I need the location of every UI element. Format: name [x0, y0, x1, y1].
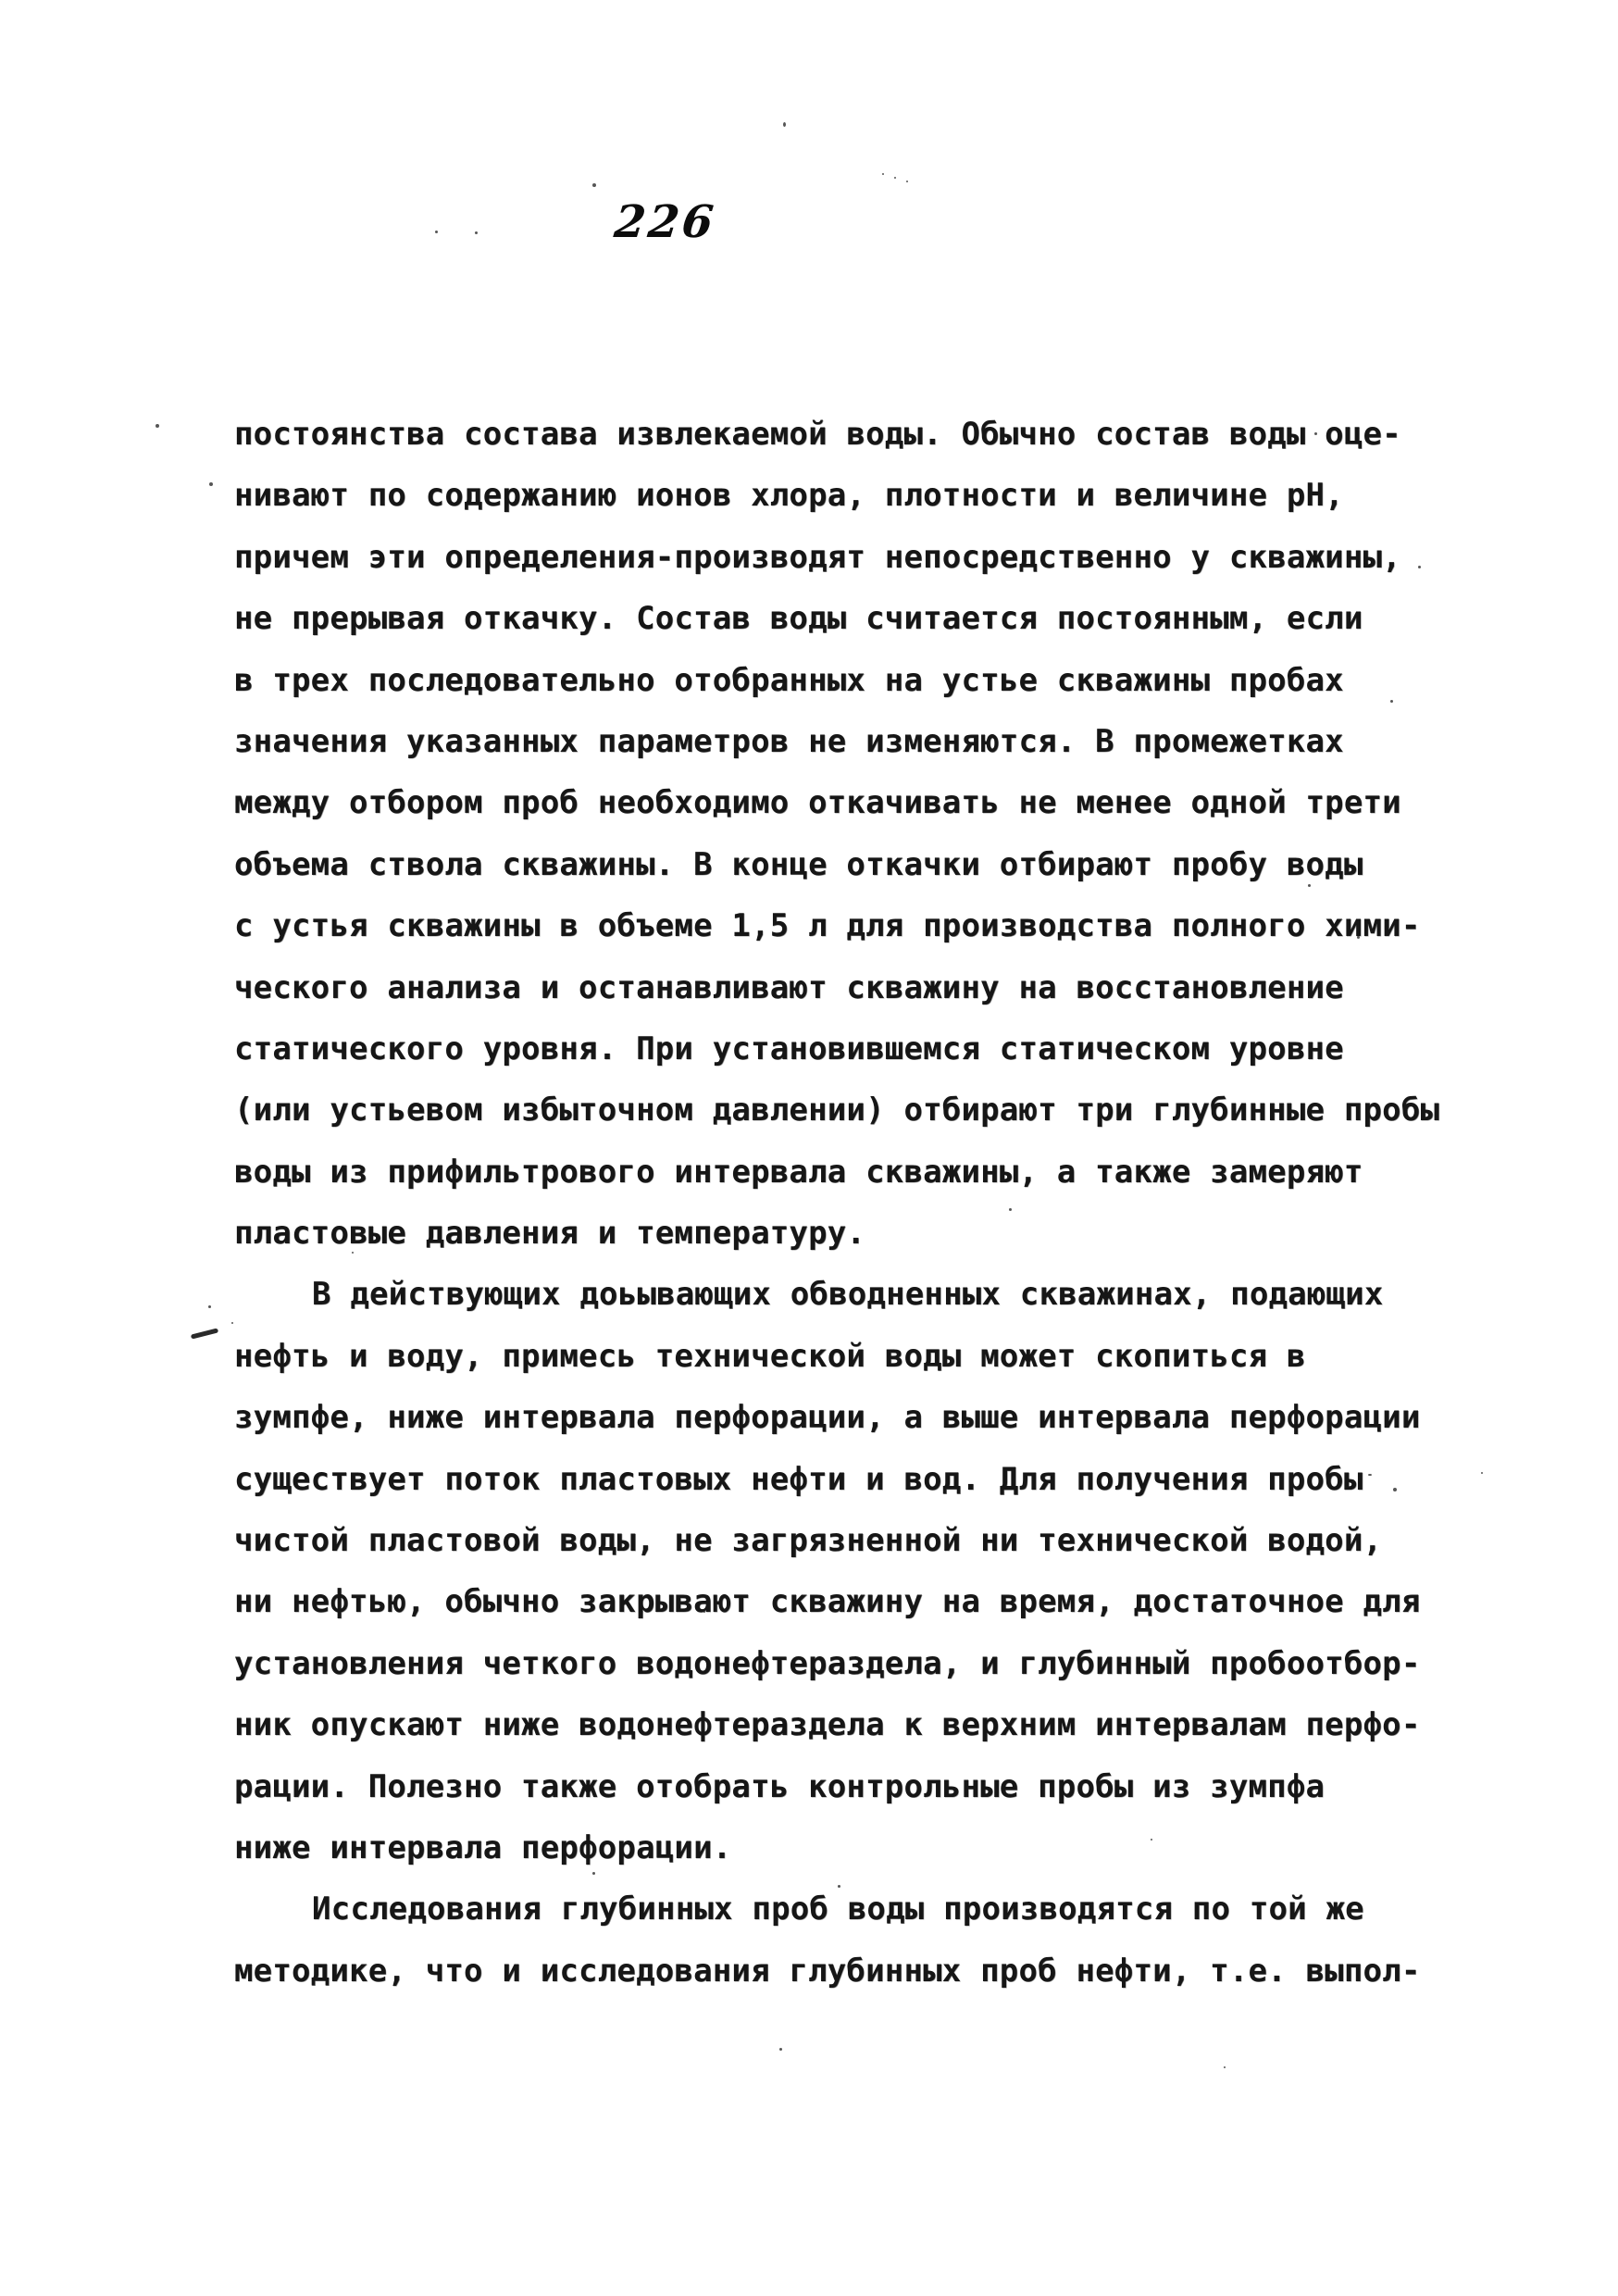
text-line: пластовые давления и температуру.	[234, 1203, 1456, 1264]
scan-speckle	[352, 1252, 354, 1254]
scan-speckle	[1314, 432, 1317, 435]
text-line: рации. Полезно также отобрать контрольны…	[234, 1756, 1456, 1817]
text-line: причем эти определения-производят непоср…	[234, 527, 1456, 588]
scan-speckle	[838, 1885, 840, 1888]
scan-speckle	[592, 183, 596, 187]
text-line: в трех последовательно отобранных на уст…	[234, 650, 1456, 711]
scan-speckle	[894, 177, 896, 179]
scan-speckle	[1357, 936, 1360, 939]
text-line: существует поток пластовых нефти и вод. …	[234, 1449, 1456, 1510]
scan-speckle	[231, 1322, 233, 1324]
text-line: статического уровня. При установившемся …	[234, 1018, 1456, 1079]
scanned-document-page: 226 постоянства состава извлекаемой воды…	[0, 0, 1618, 2296]
scan-speckle	[1224, 2066, 1226, 2068]
text-line: не прерывая откачку. Состав воды считает…	[234, 588, 1456, 649]
scan-speckle	[1009, 1208, 1012, 1211]
text-line: ческого анализа и останавливают скважину…	[234, 957, 1456, 1018]
scan-speckle	[1390, 700, 1393, 703]
scan-speckle	[1393, 1488, 1397, 1491]
page-number: 226	[612, 196, 718, 248]
scan-speckle	[783, 122, 786, 127]
text-line: ник опускают ниже водонефтераздела к вер…	[234, 1694, 1456, 1755]
scan-speckle	[1368, 1474, 1372, 1476]
text-line: Исследования глубинных проб воды произво…	[234, 1878, 1456, 1940]
scan-speckle	[592, 1872, 595, 1875]
text-line: ни нефтью, обычно закрывают скважину на …	[234, 1571, 1456, 1632]
text-line: (или устьевом избыточном давлении) отбир…	[234, 1079, 1456, 1141]
text-line: установления четкого водонефтераздела, и…	[234, 1633, 1456, 1694]
text-line: воды из прифильтрового интервала скважин…	[234, 1142, 1456, 1203]
text-line: ниже интервала перфорации.	[234, 1817, 1456, 1878]
scan-speckle	[475, 231, 478, 234]
text-line: чистой пластовой воды, не загрязненной н…	[234, 1510, 1456, 1571]
scan-speckle	[779, 2048, 782, 2051]
text-line: нивают по содержанию ионов хлора, плотно…	[234, 465, 1456, 526]
text-line: В действующих доьывающих обводненных скв…	[234, 1264, 1456, 1325]
scan-speckle	[435, 231, 438, 233]
scan-speckle	[1151, 1839, 1152, 1841]
scan-speckle	[1481, 1472, 1483, 1474]
scan-speckle	[156, 424, 159, 428]
scan-speckle	[1418, 566, 1421, 568]
text-line: постоянства состава извлекаемой воды. Об…	[234, 404, 1456, 465]
scan-speckle	[1351, 1479, 1354, 1482]
pencil-mark	[191, 1328, 218, 1339]
text-line: методике, что и исследования глубинных п…	[234, 1940, 1456, 2002]
text-line: нефть и воду, примесь технической воды м…	[234, 1326, 1456, 1387]
scan-speckle	[1308, 884, 1311, 887]
scan-speckle	[208, 1305, 211, 1308]
body-text: постоянства состава извлекаемой воды. Об…	[234, 404, 1456, 2002]
scan-speckle	[209, 482, 213, 486]
text-line: объема ствола скважины. В конце откачки …	[234, 834, 1456, 895]
scan-speckle	[882, 173, 884, 175]
text-line: между отбором проб необходимо откачивать…	[234, 772, 1456, 833]
text-line: значения указанных параметров не изменяю…	[234, 711, 1456, 772]
scan-speckle	[906, 181, 908, 182]
text-line: с устья скважины в объеме 1,5 л для прои…	[234, 895, 1456, 956]
scan-speckle	[703, 1611, 705, 1613]
text-line: зумпфе, ниже интервала перфорации, а выш…	[234, 1387, 1456, 1448]
